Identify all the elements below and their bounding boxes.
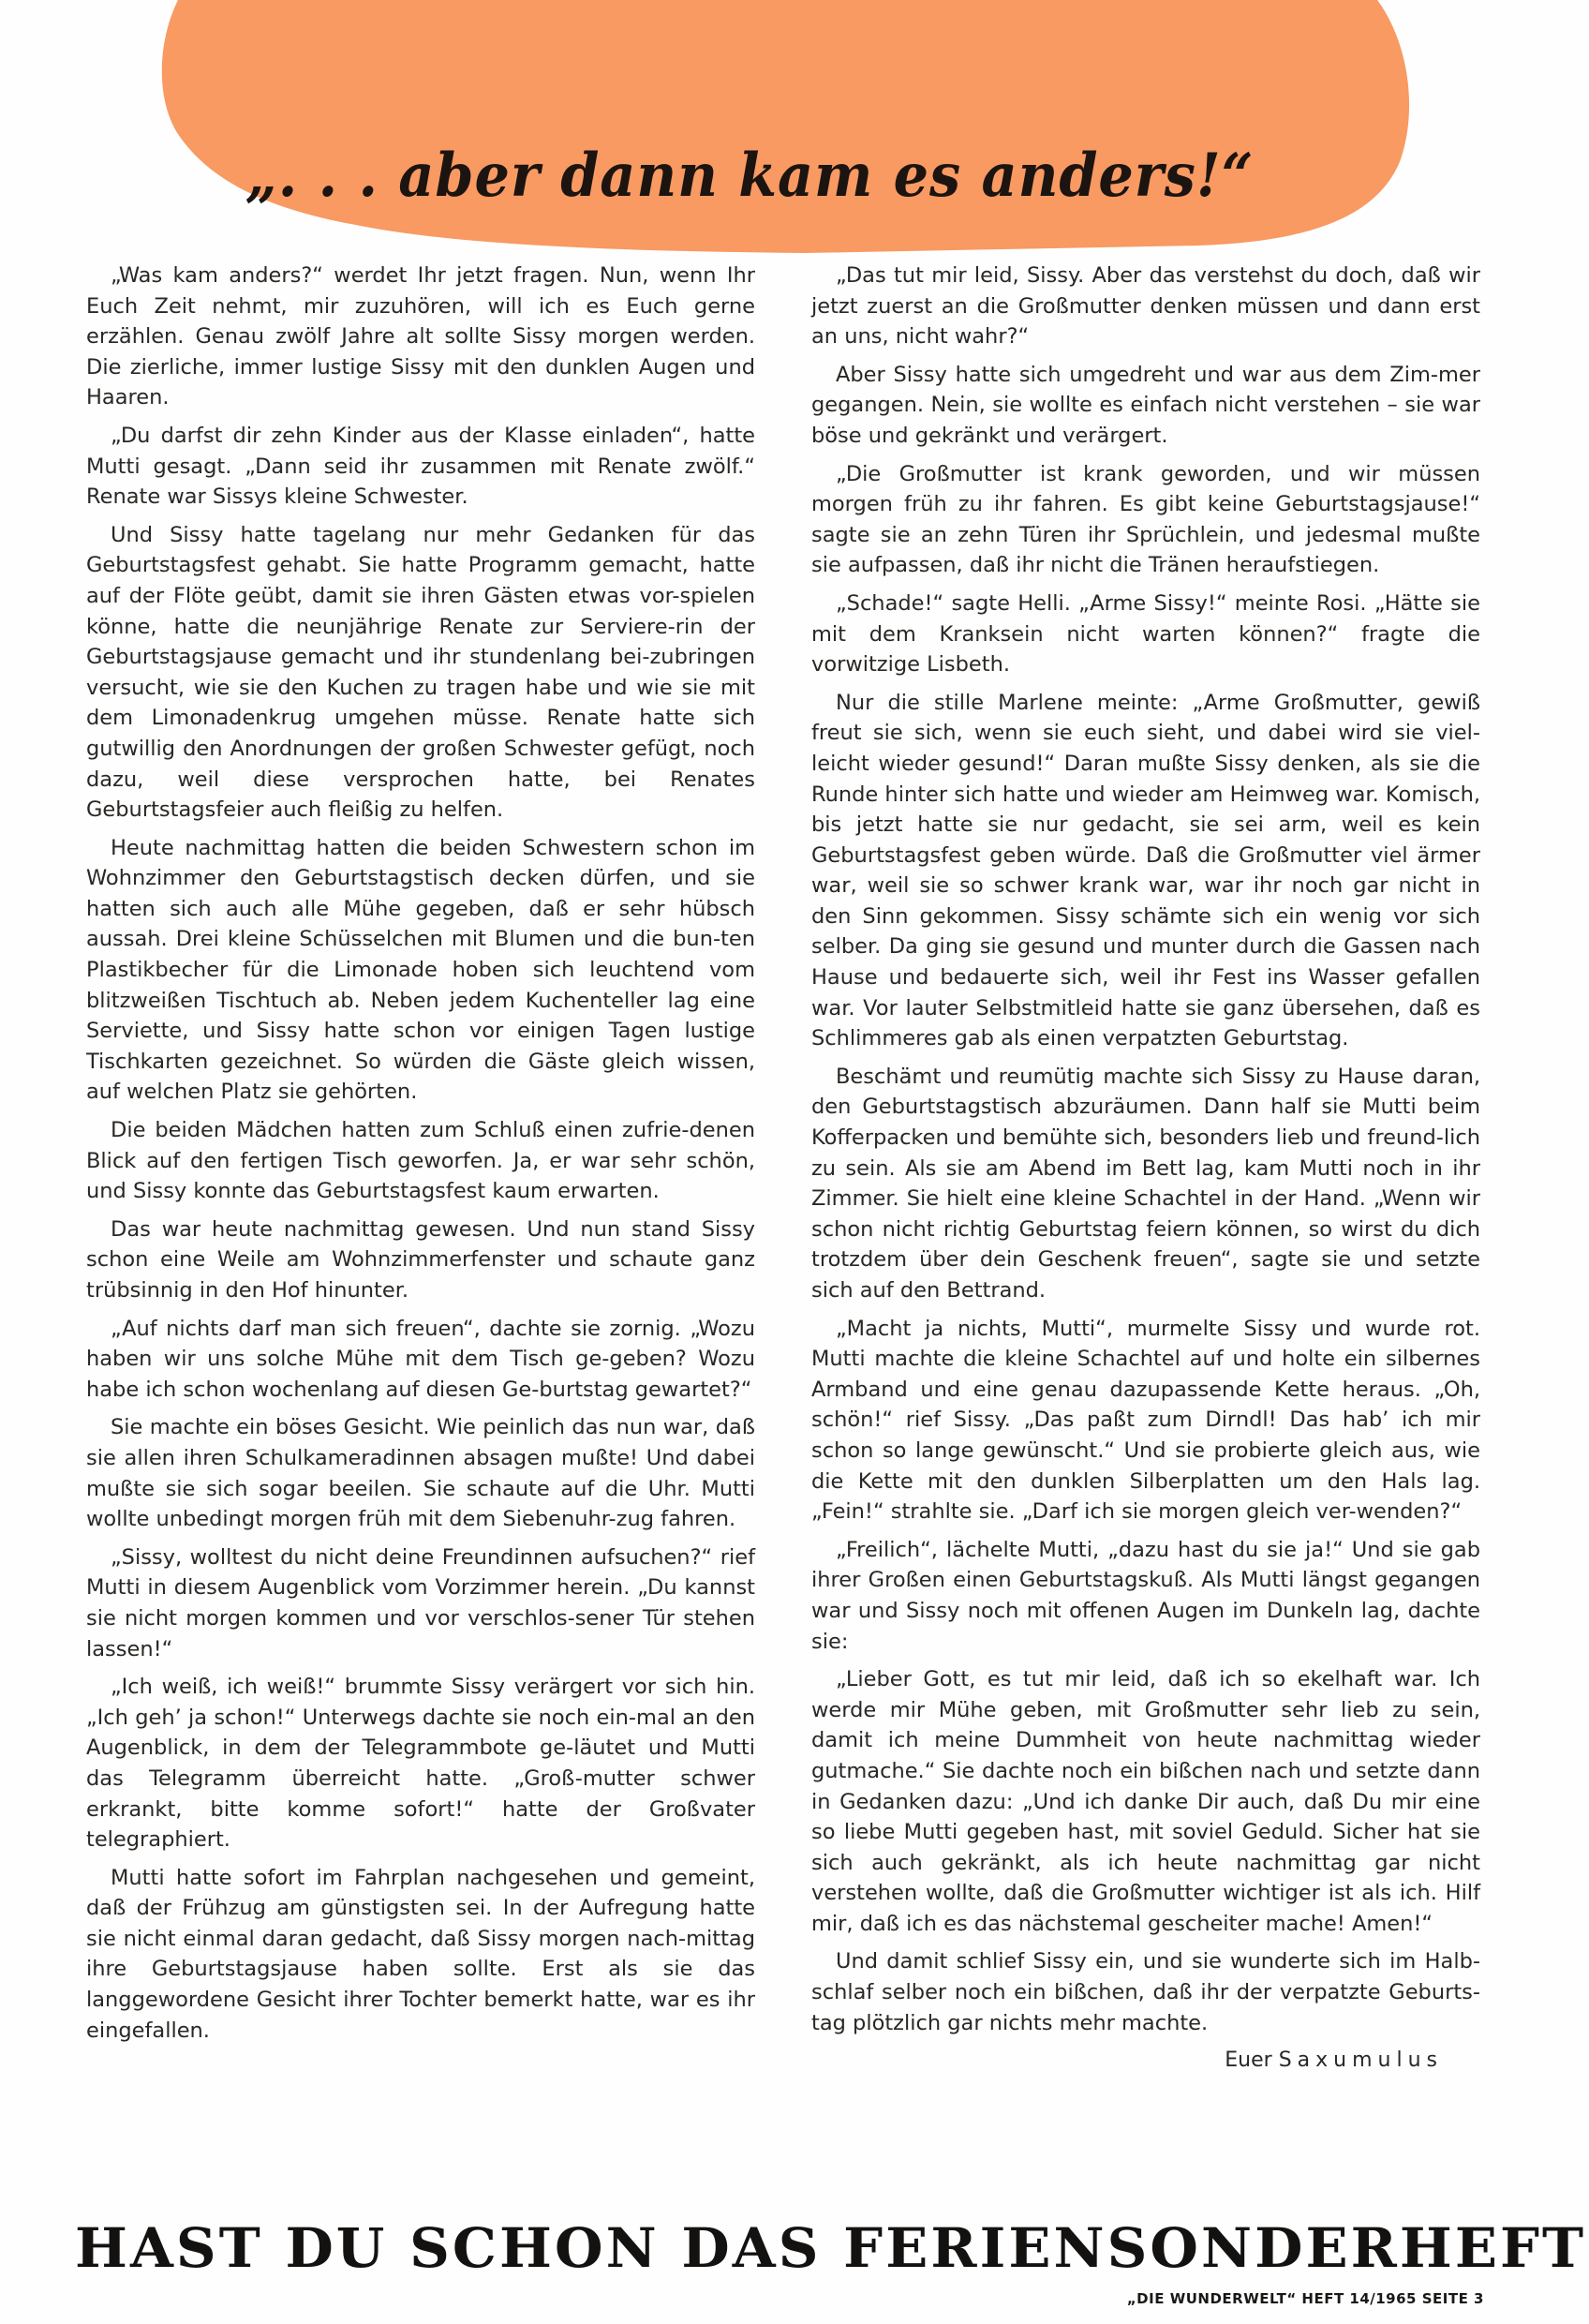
magazine-page: „. . . aber dann kam es anders!“ „Was ka… — [0, 0, 1589, 2324]
right-text-column: „Das tut mir leid, Sissy. Aber das verst… — [811, 261, 1480, 2077]
signature-prefix: Euer — [1225, 2048, 1271, 2072]
header-orange-shape — [150, 0, 1410, 255]
paragraph: „Macht ja nichts, Mutti“, murmelte Sissy… — [811, 1314, 1480, 1527]
paragraph: Heute nachmittag hatten die beiden Schwe… — [86, 833, 755, 1108]
paragraph: „Das tut mir leid, Sissy. Aber das verst… — [811, 261, 1480, 352]
paragraph: „Auf nichts darf man sich freuen“, dacht… — [86, 1314, 755, 1406]
footer-advertisement-headline: HAST DU SCHON DAS FERIENSONDERHEFT? — [75, 2216, 1547, 2280]
signature-name: Saxumulus — [1279, 2048, 1443, 2072]
paragraph: Die beiden Mädchen hatten zum Schluß ein… — [86, 1115, 755, 1207]
paragraph: Und Sissy hatte tagelang nur mehr Gedank… — [86, 520, 755, 826]
paragraph: „Sissy, wolltest du nicht deine Freundin… — [86, 1542, 755, 1664]
publication-page-info: „DIE WUNDERWELT“ HEFT 14/1965 SEITE 3 — [1127, 2290, 1484, 2307]
paragraph: Nur die stille Marlene meinte: „Arme Gro… — [811, 688, 1480, 1054]
orange-blob-shape — [150, 0, 1410, 255]
paragraph: Das war heute nachmittag gewesen. Und nu… — [86, 1214, 755, 1306]
paragraph: Sie machte ein böses Gesicht. Wie peinli… — [86, 1412, 755, 1534]
paragraph: „Ich weiß, ich weiß!“ brummte Sissy verä… — [86, 1672, 755, 1855]
paragraph: „Was kam anders?“ werdet Ihr jetzt frage… — [86, 261, 755, 413]
paragraph: Mutti hatte sofort im Fahrplan nachgeseh… — [86, 1863, 755, 2047]
paragraph: „Lieber Gott, es tut mir leid, daß ich s… — [811, 1664, 1480, 1939]
paragraph: Beschämt und reumütig machte sich Sissy … — [811, 1062, 1480, 1306]
paragraph: „Schade!“ sagte Helli. „Arme Sissy!“ mei… — [811, 588, 1480, 680]
story-title: „. . . aber dann kam es anders!“ — [245, 141, 1323, 211]
paragraph: Und damit schlief Sissy ein, und sie wun… — [811, 1946, 1480, 2038]
paragraph: „Freilich“, lächelte Mutti, „dazu hast d… — [811, 1535, 1480, 1657]
paragraph: „Du darfst dir zehn Kinder aus der Klass… — [86, 421, 755, 513]
paragraph: „Die Großmutter ist krank geworden, und … — [811, 459, 1480, 581]
left-text-column: „Was kam anders?“ werdet Ihr jetzt frage… — [86, 261, 755, 2053]
paragraph: Aber Sissy hatte sich umgedreht und war … — [811, 360, 1480, 452]
author-signature: Euer Saxumulus — [811, 2046, 1480, 2077]
